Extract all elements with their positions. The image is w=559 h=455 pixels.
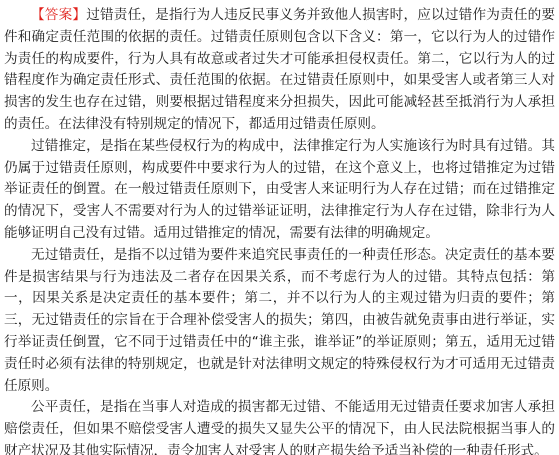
answer-tag: 【答案】 [31,7,86,23]
paragraph-equitable-liability: 公平责任，是指在当事人对造成的损害都无过错、不能适用无过错责任要求加害人承担赔偿… [4,397,555,455]
paragraph-fault-liability: 【答案】过错责任，是指行为人违反民事义务并致他人损害时，应以过错作为责任的要件和… [4,5,555,136]
paragraph-text: 无过错责任，是指不以过错为要件来追究民事责任的一种责任形态。决定责任的基本要件是… [4,247,555,394]
paragraph-text: 过错推定，是指在某些侵权行为的构成中，法律推定行为人实施该行为时具有过错。其仍属… [4,138,555,241]
answer-document: 【答案】过错责任，是指行为人违反民事义务并致他人损害时，应以过错作为责任的要件和… [0,0,559,455]
paragraph-no-fault-liability: 无过错责任，是指不以过错为要件来追究民事责任的一种责任形态。决定责任的基本要件是… [4,245,555,398]
paragraph-text: 公平责任，是指在当事人对造成的损害都无过错、不能适用无过错责任要求加害人承担赔偿… [4,399,555,455]
paragraph-text: 过错责任，是指行为人违反民事义务并致他人损害时，应以过错作为责任的要件和确定责任… [4,7,555,132]
paragraph-presumed-fault: 过错推定，是指在某些侵权行为的构成中，法律推定行为人实施该行为时具有过错。其仍属… [4,136,555,245]
